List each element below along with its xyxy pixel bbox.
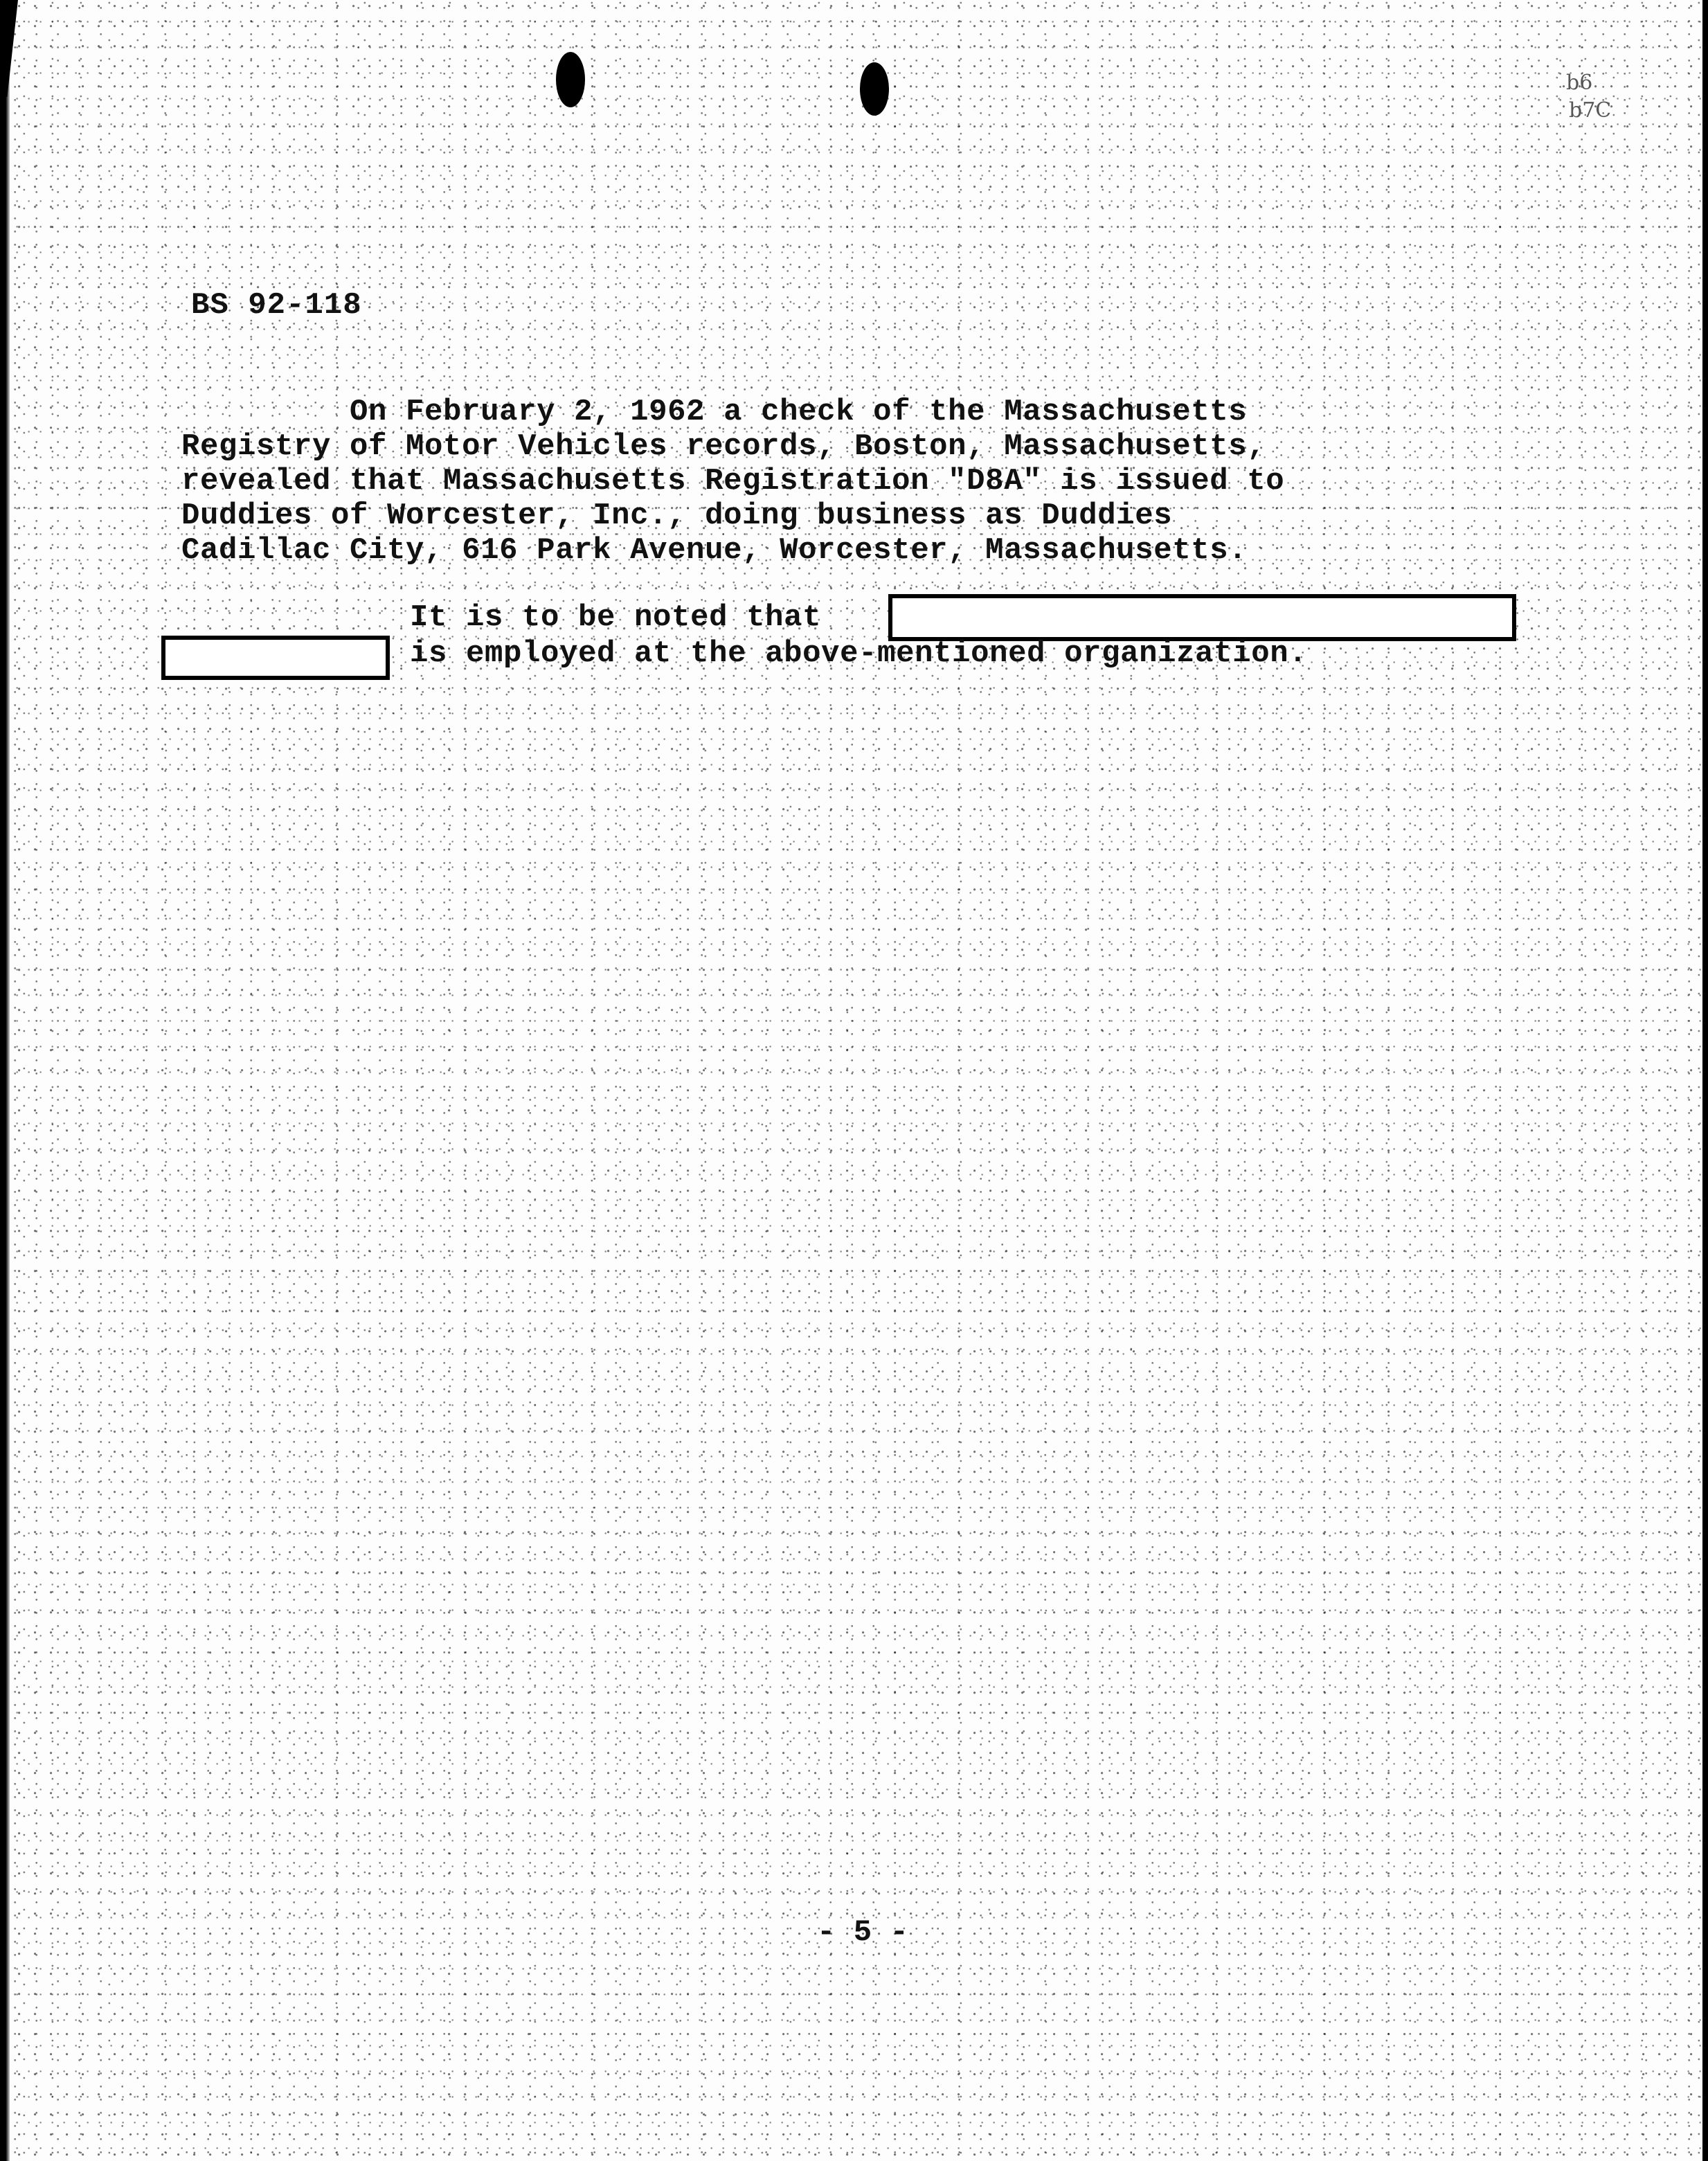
paragraph-line: is employed at the above-mentioned organ…: [410, 636, 1307, 671]
punch-hole-left: [556, 52, 585, 107]
paragraph-line: Duddies of Worcester, Inc., doing busine…: [181, 499, 1497, 533]
paragraph-line: On February 2, 1962 a check of the Massa…: [181, 395, 1497, 429]
scan-left-edge: [0, 0, 10, 2161]
page-number: - 5 -: [817, 1915, 908, 1950]
exemption-code-b7c: b7C: [1569, 97, 1611, 125]
document-page: b6 b7C BS 92-118 On February 2, 1962 a c…: [0, 0, 1708, 2161]
redaction-box: [161, 636, 390, 680]
foia-exemption-codes: b6 b7C: [1566, 69, 1611, 125]
punch-hole-right: [860, 62, 889, 116]
redaction-box: [888, 594, 1516, 641]
paragraph-registry-check: On February 2, 1962 a check of the Massa…: [181, 395, 1497, 568]
paragraph-line: Cadillac City, 616 Park Avenue, Worceste…: [181, 533, 1497, 568]
exemption-code-b6: b6: [1566, 69, 1611, 97]
paragraph-line: Registry of Motor Vehicles records, Bost…: [181, 429, 1497, 464]
paragraph-line: It is to be noted that: [410, 600, 821, 635]
paragraph-line: revealed that Massachusetts Registration…: [181, 464, 1497, 499]
file-number: BS 92-118: [191, 288, 362, 323]
scan-right-edge: [1702, 0, 1708, 2161]
